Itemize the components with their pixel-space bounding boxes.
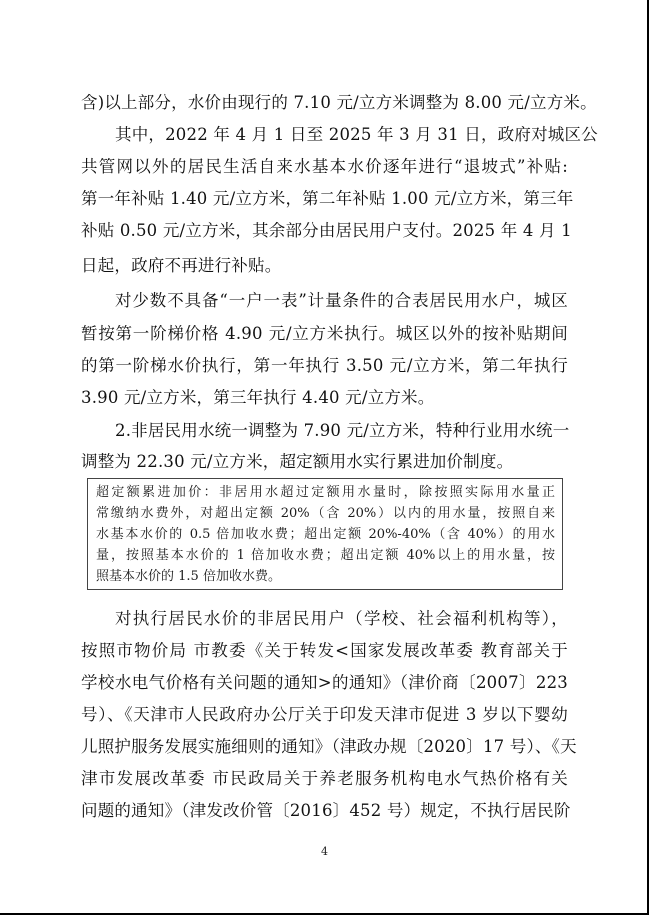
paragraph-line: 学校水电气价格有关问题的通知>的通知》（津价商〔2007〕223	[81, 667, 568, 699]
paragraph-line: 儿照护服务发展实施细则的通知》（津政办规〔2020〕17 号）、《天	[81, 731, 568, 763]
paragraph-line: 按照市物价局 市教委《关于转发<国家发展改革委 教育部关于	[81, 635, 568, 667]
note-line: 水基本水价的 0.5 倍加收水费；超出定额 20%-40%（含 40%）的用水	[96, 524, 555, 545]
note-line: 常缴纳水费外，对超出定额 20%（含 20%）以内的用水量，按照自来	[96, 503, 555, 524]
paragraph-line: 2.非居民用水统一调整为 7.90 元/立方米，特种行业用水统一	[81, 415, 568, 447]
paragraph-line: 含)以上部分，水价由现行的 7.10 元/立方米调整为 8.00 元/立方米。	[81, 87, 568, 119]
paragraph-line: 津市发展改革委 市民政局关于养老服务机构电水气热价格有关	[81, 763, 568, 795]
paragraph-line: 暂按第一阶梯价格 4.90 元/立方米执行。城区以外的按补贴期间	[81, 318, 568, 350]
document-page: 含)以上部分，水价由现行的 7.10 元/立方米调整为 8.00 元/立方米。 …	[0, 0, 649, 915]
paragraph-line: 对执行居民水价的非居民用户（学校、社会福利机构等），	[81, 603, 568, 635]
note-line: 量，按照基本水价的 1 倍加收水费；超出定额 40%以上的用水量，按	[96, 545, 555, 566]
note-line: 照基本水价的 1.5 倍加收水费。	[96, 566, 555, 587]
paragraph-line: 共管网以外的居民生活自来水基本水价逐年进行“退坡式”补贴:	[81, 151, 568, 183]
paragraph-line: 的第一阶梯水价执行，第一年执行 3.50 元/立方米，第二年执行	[81, 350, 568, 382]
paragraph-line: 日起，政府不再进行补贴。	[81, 250, 568, 282]
paragraph-line: 其中，2022 年 4 月 1 日至 2025 年 3 月 31 日，政府对城区…	[81, 119, 568, 151]
paragraph-line: 3.90 元/立方米，第三年执行 4.40 元/立方米。	[81, 382, 568, 414]
paragraph-line: 补贴 0.50 元/立方米，其余部分由居民用户支付。2025 年 4 月 1	[81, 215, 568, 247]
page-number: 4	[0, 845, 649, 858]
paragraph-line: 问题的通知》（津发改价管〔2016〕452 号）规定，不执行居民阶	[81, 795, 568, 827]
note-line: 超定额累进加价：非居用水超过定额用水量时，除按照实际用水量正	[96, 482, 555, 503]
note-box-excess-quota-surcharge: 超定额累进加价：非居用水超过定额用水量时，除按照实际用水量正 常缴纳水费外，对超…	[87, 478, 563, 590]
paragraph-line: 对少数不具备“一户一表”计量条件的合表居民用水户，城区	[81, 285, 568, 317]
paragraph-line: 第一年补贴 1.40 元/立方米，第二年补贴 1.00 元/立方米，第三年	[81, 183, 568, 215]
paragraph-line: 号）、《天津市人民政府办公厅关于印发天津市促进 3 岁以下婴幼	[81, 699, 568, 731]
paragraph-line: 调整为 22.30 元/立方米，超定额用水实行累进加价制度。	[81, 446, 568, 478]
